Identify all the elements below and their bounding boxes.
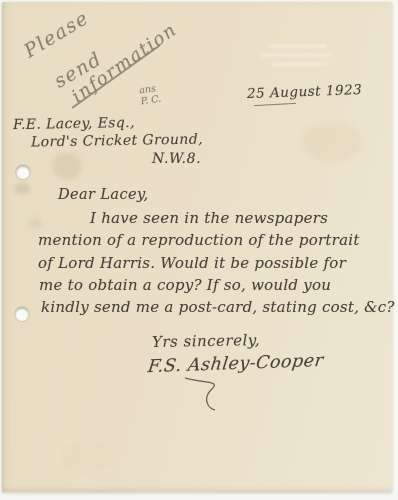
punch-hole-top	[16, 165, 30, 179]
letter-paper: Please send information ans P. C. 25 Aug…	[2, 2, 392, 492]
embossed-stamp	[258, 44, 340, 80]
recipient-postcode: N.W.8.	[152, 151, 201, 167]
salutation: Dear Lacey,	[58, 187, 149, 203]
body-line: mention of a reproduction of the portrai…	[38, 231, 360, 249]
body-line: of Lord Harris. Would it be possible for	[38, 254, 346, 272]
paper-stain	[62, 442, 112, 472]
body-line: I have seen in the newspapers	[90, 209, 328, 227]
scan-background: { "colors": { "paper": "#eadfc6", "ink":…	[0, 0, 398, 500]
signature-flourish-icon	[177, 374, 237, 414]
punch-hole-bottom	[15, 307, 29, 321]
paper-stain	[14, 183, 30, 194]
closing: Yrs sincerely,	[152, 331, 260, 351]
paper-stain	[28, 217, 42, 229]
body-line: me to obtain a copy? If so, would you	[39, 276, 331, 294]
paper-stain	[302, 122, 362, 162]
recipient-address: Lord's Cricket Ground,	[31, 132, 203, 151]
ans-pc-note: ans P. C.	[139, 83, 162, 108]
body-line: kindly send me a post-card, stating cost…	[41, 298, 395, 316]
letter-date: 25 August 1923	[247, 82, 363, 102]
paper-stain	[52, 152, 82, 180]
recipient-name: F.E. Lacey, Esq.,	[13, 115, 135, 133]
date-underline	[254, 103, 296, 107]
ans-pc-note-line2: P. C.	[140, 94, 162, 108]
